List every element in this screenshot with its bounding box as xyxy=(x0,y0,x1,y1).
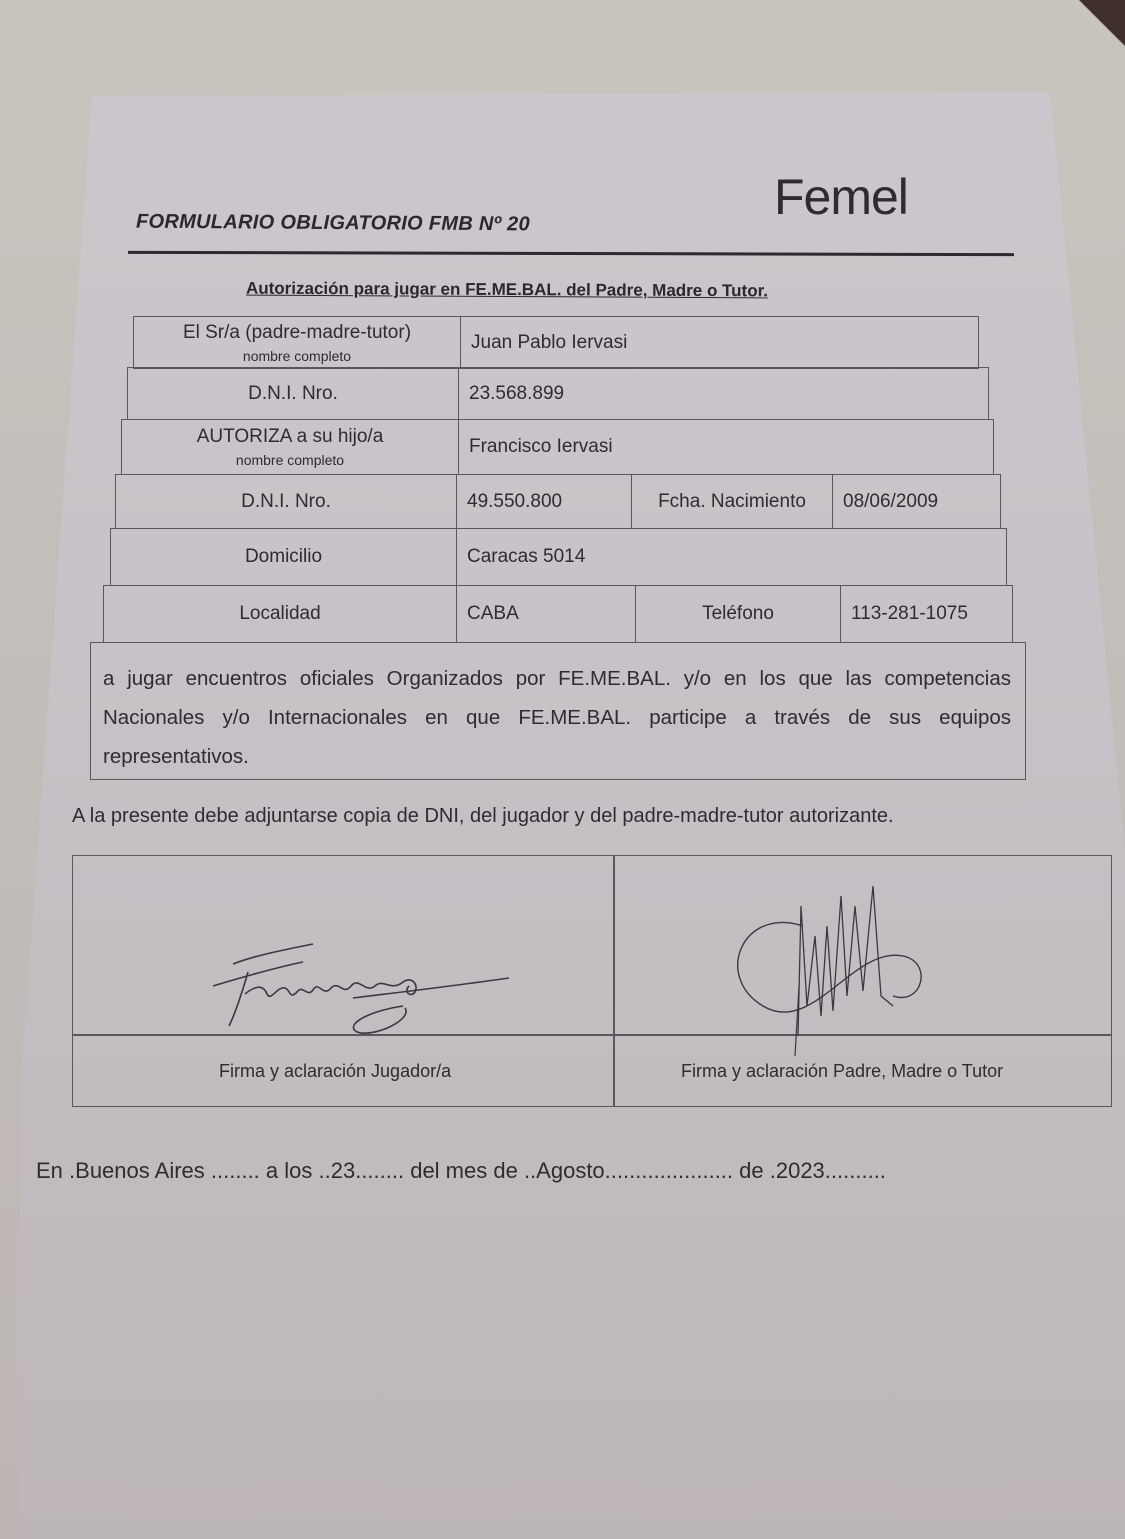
child-dni-label: D.N.I. Nro. xyxy=(116,475,457,529)
child-table: AUTORIZA a su hijo/a nombre completo Fra… xyxy=(121,419,994,475)
locality-table: Localidad CABA Teléfono 113-281-1075 xyxy=(103,585,1013,643)
child-name-label-cell: AUTORIZA a su hijo/a nombre completo xyxy=(122,420,459,475)
form-subtitle: Autorización para jugar en FE.ME.BAL. de… xyxy=(246,279,768,302)
signature-divider-vertical xyxy=(613,856,615,1106)
guardian-dni-table: D.N.I. Nro. 23.568.899 xyxy=(127,367,989,420)
date-sep-2: ........ del mes de .. xyxy=(355,1158,536,1183)
child-name-label: AUTORIZA a su hijo/a xyxy=(197,426,384,447)
child-name-sublabel: nombre completo xyxy=(132,452,448,468)
child-dni-field[interactable]: 49.550.800 xyxy=(457,475,632,529)
date-prefix: En . xyxy=(36,1158,75,1183)
guardian-name-field[interactable]: Juan Pablo Iervasi xyxy=(461,317,979,369)
attachment-note: A la presente debe adjuntarse copia de D… xyxy=(72,805,894,828)
locality-field[interactable]: CABA xyxy=(457,586,636,643)
birth-date-field[interactable]: 08/06/2009 xyxy=(833,475,1001,529)
player-signature-caption: Firma y aclaración Jugador/a xyxy=(219,1061,451,1082)
phone-label: Teléfono xyxy=(636,586,841,643)
child-dni-row: D.N.I. Nro. 49.550.800 Fcha. Nacimiento … xyxy=(116,475,1001,529)
guardian-signature-caption: Firma y aclaración Padre, Madre o Tutor xyxy=(681,1061,1003,1082)
date-line: En .Buenos Aires ........ a los ..23....… xyxy=(36,1158,886,1184)
locality-label: Localidad xyxy=(104,586,457,643)
phone-field[interactable]: 113-281-1075 xyxy=(841,586,1013,643)
guardian-name-sublabel: nombre completo xyxy=(144,348,450,364)
date-suffix: .......... xyxy=(825,1158,886,1183)
table-edge xyxy=(1077,0,1125,52)
address-row: Domicilio Caracas 5014 xyxy=(111,529,1007,586)
guardian-name-row: El Sr/a (padre-madre-tutor) nombre compl… xyxy=(134,317,979,369)
address-label: Domicilio xyxy=(111,529,457,586)
child-dni-table: D.N.I. Nro. 49.550.800 Fcha. Nacimiento … xyxy=(115,474,1001,529)
guardian-name-label-cell: El Sr/a (padre-madre-tutor) nombre compl… xyxy=(134,317,461,369)
address-field[interactable]: Caracas 5014 xyxy=(457,529,1007,586)
signature-table: Firma y aclaración Jugador/a Firma y acl… xyxy=(72,855,1112,1107)
date-year-field[interactable]: 2023 xyxy=(776,1158,825,1183)
femebal-logo: Femel xyxy=(774,168,908,226)
player-signature-icon xyxy=(193,936,513,1046)
guardian-name-label: El Sr/a (padre-madre-tutor) xyxy=(183,322,411,343)
child-name-field[interactable]: Francisco Iervasi xyxy=(459,420,994,475)
guardian-dni-label: D.N.I. Nro. xyxy=(128,368,459,420)
locality-row: Localidad CABA Teléfono 113-281-1075 xyxy=(104,586,1013,643)
guardian-table: El Sr/a (padre-madre-tutor) nombre compl… xyxy=(133,316,979,369)
date-sep-1: ........ a los .. xyxy=(205,1158,331,1183)
authorization-text: a jugar encuentros oficiales Organizados… xyxy=(90,642,1026,780)
birth-date-label: Fcha. Nacimiento xyxy=(632,475,833,529)
guardian-dni-field[interactable]: 23.568.899 xyxy=(459,368,989,420)
guardian-signature-icon xyxy=(723,886,933,1056)
address-table: Domicilio Caracas 5014 xyxy=(110,528,1007,586)
form-title: FORMULARIO OBLIGATORIO FMB Nº 20 xyxy=(136,211,530,237)
date-city-field[interactable]: Buenos Aires xyxy=(75,1158,205,1183)
child-name-row: AUTORIZA a su hijo/a nombre completo Fra… xyxy=(122,420,994,475)
date-sep-3: ..................... de . xyxy=(605,1158,776,1183)
guardian-dni-row: D.N.I. Nro. 23.568.899 xyxy=(128,368,989,420)
date-day-field[interactable]: 23 xyxy=(331,1158,355,1183)
date-month-field[interactable]: Agosto xyxy=(536,1158,605,1183)
